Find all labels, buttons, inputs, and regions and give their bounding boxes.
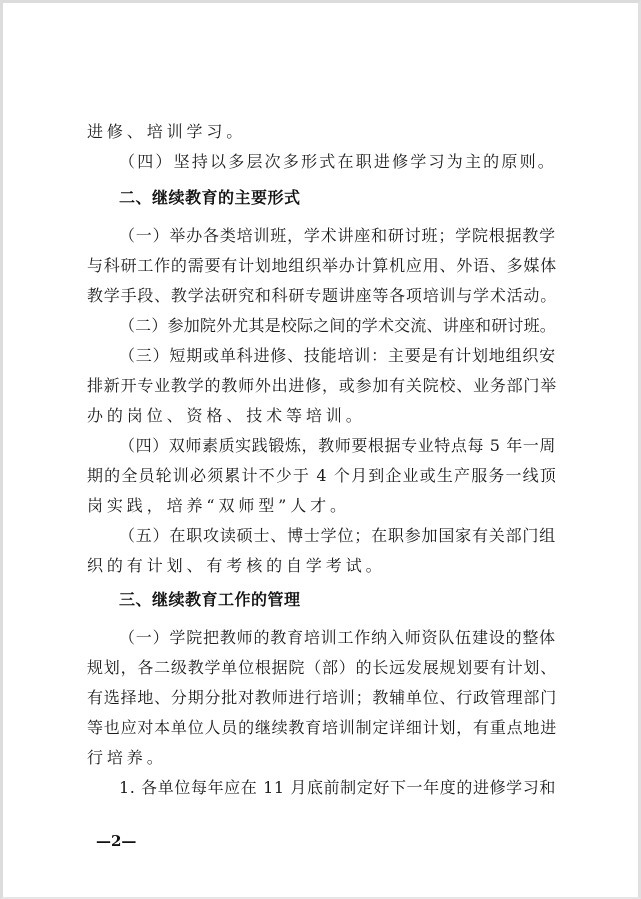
text-line: （五）在职攻读硕士、博士学位；在职参加国家有关部门组	[119, 526, 556, 546]
text-line: 办的岗位、资格、技术等培训。	[87, 406, 366, 426]
text-line: 教学手段、教学法研究和科研专题讲座等各项培训与学术活动。	[87, 286, 557, 306]
section-heading: 三、继续教育工作的管理	[119, 590, 301, 610]
text-line: 进修、培训学习。	[87, 122, 246, 142]
text-line: 与科研工作的需要有计划地组织举办计算机应用、外语、多媒体	[87, 256, 557, 276]
text-line: （一）举办各类培训班，学术讲座和研讨班；学院根据教学	[119, 226, 556, 246]
text-line: 岗实践，培养“双师型”人才。	[87, 496, 350, 516]
text-line: 等也应对本单位人员的继续教育培训制定详细计划，有重点地进	[87, 718, 557, 738]
text-line: 1. 各单位每年应在 11 月底前制定好下一年度的进修学习和	[119, 778, 556, 798]
text-line: 排新开专业教学的教师外出进修，或参加有关院校、业务部门举	[87, 376, 557, 396]
text-line: 规划，各二级教学单位根据院（部）的长远发展规划要有计划、	[87, 658, 557, 678]
text-line: （四）双师素质实践锻炼，教师要根据专业特点每 5 年一周	[119, 436, 556, 456]
text-line: （三）短期或单科进修、技能培训：主要是有计划地组织安	[119, 346, 556, 366]
text-line: 织的有计划、有考核的自学考试。	[87, 556, 386, 576]
text-line: （四）坚持以多层次多形式在职进修学习为主的原则。	[119, 152, 556, 172]
text-line: 期的全员轮训必须累计不少于 4 个月到企业或生产服务一线顶	[87, 466, 557, 486]
text-line: （一）学院把教师的教育培训工作纳入师资队伍建设的整体	[119, 628, 556, 648]
text-line: （二）参加院外尤其是校际之间的学术交流、讲座和研讨班。	[119, 316, 556, 336]
text-line: 有选择地、分期分批对教师进行培训；教辅单位、行政管理部门	[87, 688, 557, 708]
section-heading: 二、继续教育的主要形式	[119, 188, 301, 208]
document-page: 进修、培训学习。（四）坚持以多层次多形式在职进修学习为主的原则。二、继续教育的主…	[0, 0, 641, 899]
page-number: —2—	[96, 832, 136, 850]
text-line: 行培养。	[87, 748, 167, 768]
